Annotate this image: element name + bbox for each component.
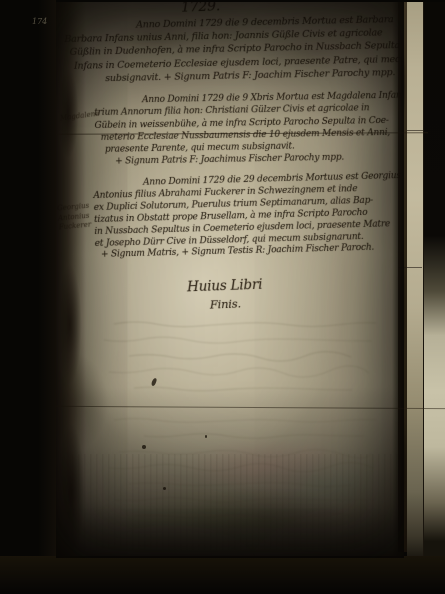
manuscript-page: 1729. Anno Domini 1729 die 9 decembris M…	[56, 2, 404, 558]
mat-strip-outer	[424, 2, 445, 558]
page-number: 174	[32, 17, 47, 26]
bleedthrough-writing	[74, 316, 404, 552]
closing-title: Huius Libri	[149, 275, 299, 296]
closing-colophon: Huius Libri Finis.	[149, 275, 300, 313]
closing-finis: Finis.	[150, 294, 300, 313]
hairline	[398, 267, 422, 268]
photo-frame: 1729. Anno Domini 1729 die 9 decembris M…	[0, 0, 445, 594]
year-header: 1729.	[181, 2, 221, 16]
adjacent-page-edge	[398, 2, 445, 558]
margin-note-line: Fuckerer	[58, 221, 91, 233]
hairline	[407, 130, 424, 131]
burial-entry-georgius: Anno Domini 1729 die 29 decembris Mortuu…	[93, 171, 403, 262]
margin-note-georgius: Georgius Antonius Fuckerer	[57, 202, 92, 233]
burial-entry-barbara: Anno Domini 1729 die 9 decembris Mortua …	[64, 13, 404, 86]
mat-strip-inner	[407, 2, 423, 558]
bottom-frame-band	[0, 556, 445, 594]
left-frame-shadow	[38, 0, 56, 594]
burial-entry-magdalena: Anno Domini 1729 die 9 Xbris Mortua est …	[94, 90, 404, 169]
